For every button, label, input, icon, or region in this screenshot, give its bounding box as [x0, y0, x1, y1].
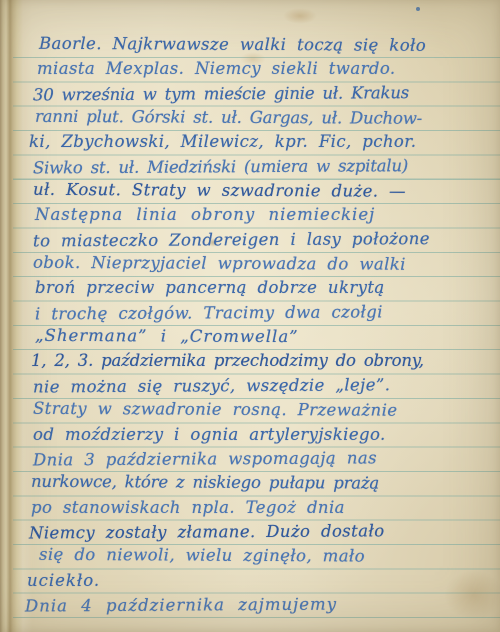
handwritten-line: po stanowiskach npla. Tegoż dnia — [31, 496, 500, 520]
handwritten-line: broń przeciw pancerną dobrze ukrytą — [35, 276, 500, 300]
handwritten-line: Straty w szwadronie rosną. Przeważnie — [33, 397, 500, 424]
handwritten-line: Dnia 4 października zajmujemy — [25, 591, 500, 618]
handwritten-line: się do niewoli, wielu zginęło, mało — [39, 543, 500, 570]
handwritten-line: uciekło. — [27, 569, 500, 593]
handwritten-line: to miasteczko Zondereigen i lasy położon… — [33, 226, 500, 253]
handwritten-line: Niemcy zostały złamane. Dużo dostało — [29, 518, 500, 545]
notebook-page: Baorle. Najkrwawsze walki toczą się koło… — [0, 0, 500, 632]
paper-stain — [283, 8, 317, 24]
handwritten-line: 1, 2, 3. października przechodzimy do ob… — [31, 349, 500, 373]
handwritten-line: Baorle. Najkrwawsze walki toczą się koło — [39, 32, 500, 59]
handwritten-line: miasta Mexplas. Niemcy siekli twardo. — [37, 57, 500, 81]
handwritten-line: uł. Kosut. Straty w szwadronie duże. — — [33, 178, 500, 205]
handwritten-line: Dnia 3 października wspomagają nas — [33, 445, 500, 472]
handwritten-line: „Shermana” i „Cromwella” — [35, 324, 500, 351]
handwritten-line: nie można się ruszyć, wszędzie „leje”. — [33, 372, 500, 399]
diary-text: Baorle. Najkrwawsze walki toczą się koło… — [0, 33, 500, 617]
handwritten-line: Siwko st. uł. Miedziński (umiera w szpit… — [33, 153, 500, 180]
handwritten-line: i trochę czołgów. Tracimy dwa czołgi — [35, 299, 500, 326]
handwritten-line: od moździerzy i ognia artyleryjskiego. — [33, 423, 500, 447]
handwritten-line: obok. Nieprzyjaciel wprowadza do walki — [33, 251, 500, 278]
handwritten-line: 30 września w tym mieście ginie uł. Krak… — [33, 80, 500, 107]
ink-dot — [416, 7, 420, 11]
handwritten-line: nurkowce, które z niskiego pułapu prażą — [31, 470, 500, 497]
handwritten-line: Następna linia obrony niemieckiej — [35, 203, 500, 227]
handwritten-line: ranni plut. Górski st. uł. Gargas, uł. D… — [35, 105, 500, 132]
handwritten-line: ki, Zbychowski, Milewicz, kpr. Fic, pcho… — [29, 130, 500, 154]
